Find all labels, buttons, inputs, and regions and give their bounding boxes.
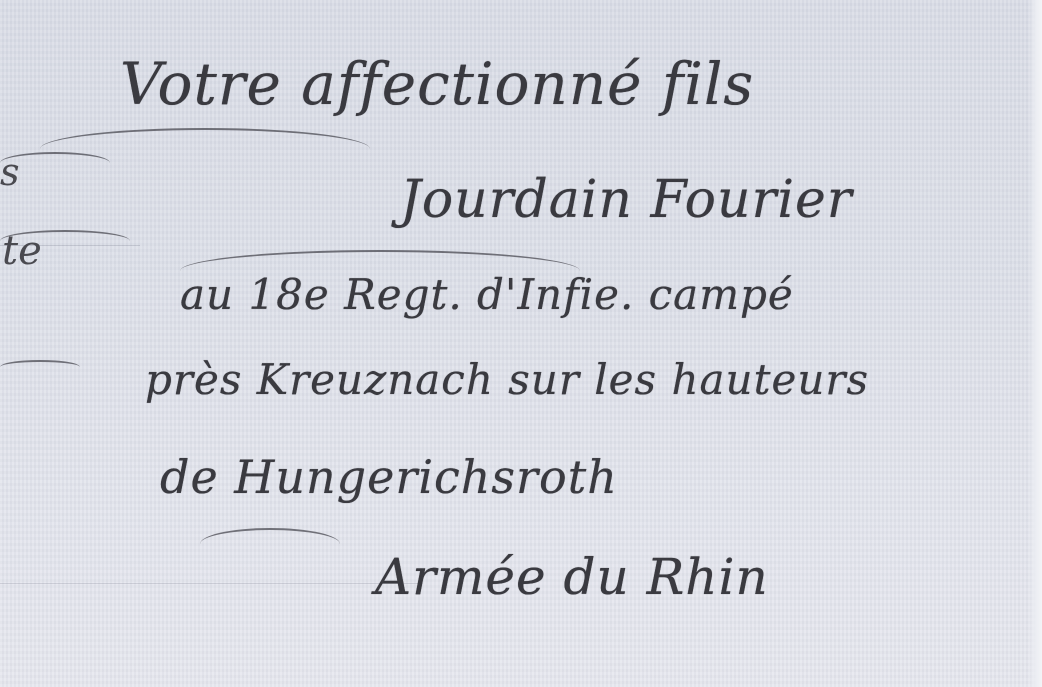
closing-underline <box>40 128 370 170</box>
page-edge <box>1028 0 1042 687</box>
location-line: près Kreuznach sur les hauteurs <box>145 355 869 404</box>
faint-ruling <box>0 583 420 584</box>
place-flourish <box>200 528 340 560</box>
place-line: de Hungerichsroth <box>160 450 618 504</box>
margin-flourish <box>0 360 80 374</box>
unit-line: au 18e Regt. d'Infie. campé <box>180 270 794 319</box>
signature: Jourdain Fourier <box>400 170 853 230</box>
army-line: Armée du Rhin <box>375 548 769 606</box>
closing-line: Votre affectionné fils <box>120 50 754 118</box>
margin-flourish <box>0 230 130 252</box>
